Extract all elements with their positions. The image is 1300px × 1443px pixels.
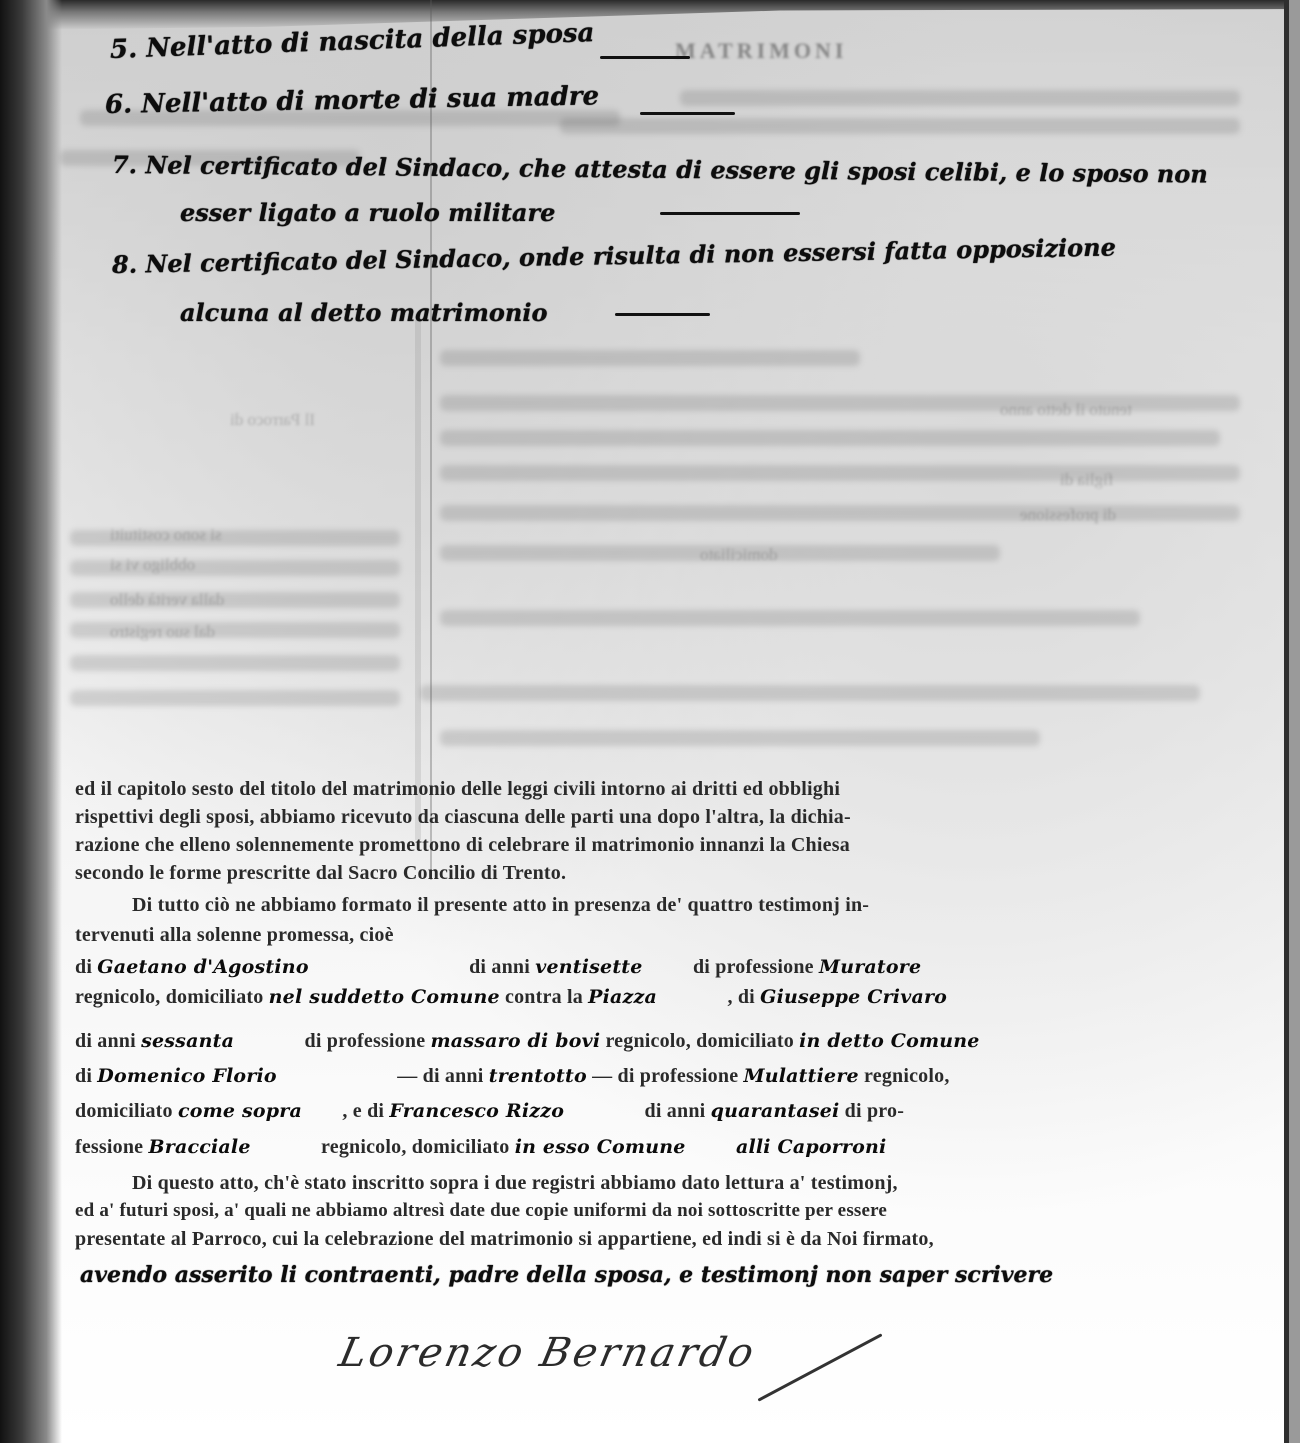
- body-line: rispettivi degli sposi, abbiamo ricevuto…: [75, 806, 851, 829]
- bleed-through-line: [440, 505, 1240, 521]
- witness-4-age: quarantasei: [711, 1100, 840, 1122]
- fold-shadow: [415, 320, 421, 840]
- witness-4-profession-line: fessione Bracciale regnicolo, domiciliat…: [75, 1136, 886, 1159]
- bleed-through-text: di professione: [1020, 505, 1116, 525]
- body-line: presentate al Parroco, cui la celebrazio…: [75, 1228, 934, 1251]
- bleed-through-line: [70, 690, 400, 706]
- document-page: MATRIMONI Il Parroco di si sono costitui…: [0, 0, 1300, 1443]
- annotation-number: 8.: [112, 250, 138, 279]
- closing-handwritten-note: avendo asserito li contraenti, padre del…: [80, 1262, 1053, 1288]
- annotation-number: 5.: [109, 34, 137, 65]
- annotation-item-7: 7. Nel certificato del Sindaco, che atte…: [112, 150, 1208, 189]
- witness-1-line: di Gaetano d'Agostino di anni ventisette…: [75, 956, 921, 979]
- body-line: Di tutto ciò ne abbiamo formato il prese…: [132, 894, 869, 917]
- body-line: ed a' futuri sposi, a' quali ne abbiamo …: [75, 1200, 887, 1222]
- witness-2-profession: massaro di bovi: [430, 1030, 600, 1052]
- annotation-dash: [660, 212, 800, 215]
- bleed-through-text: obbligo vi si: [110, 555, 195, 575]
- witness-1-name: Gaetano d'Agostino: [97, 956, 308, 978]
- bleed-through-line: [560, 118, 1240, 134]
- bleed-through-line: [440, 730, 1040, 746]
- witness-3-age: trentotto: [489, 1065, 587, 1087]
- binding-shadow: [0, 0, 62, 1443]
- witness-1-age: ventisette: [535, 956, 642, 978]
- page-top-shadow: [0, 0, 1300, 30]
- annotation-dash: [600, 56, 690, 59]
- bleed-through-line: [680, 90, 1240, 106]
- body-line: Di questo atto, ch'è stato inscritto sop…: [132, 1172, 898, 1195]
- witness-4-name: Francesco Rizzo: [389, 1100, 564, 1122]
- bleed-through-text: domiciliato: [700, 545, 777, 565]
- witness-3-residence: come sopra: [178, 1100, 302, 1122]
- bleed-through-line: [440, 430, 1220, 446]
- bleed-through-line: [440, 350, 860, 366]
- page-right-margin: [1289, 0, 1300, 1443]
- witness-2-age: sessanta: [141, 1030, 234, 1052]
- annotation-text: Nel certificato del Sindaco, onde risult…: [145, 232, 1116, 278]
- annotation-item-7-continuation: esser ligato a ruolo militare: [180, 198, 555, 227]
- annotation-number: 7.: [112, 150, 137, 179]
- annotation-dash: [640, 112, 735, 115]
- signature-flourish: [757, 1333, 882, 1401]
- annotation-dash: [615, 313, 710, 316]
- witness-3-line: di Domenico Florio — di anni trentotto —…: [75, 1065, 950, 1088]
- witness-2-residence: in detto Comune: [799, 1030, 979, 1052]
- bleed-through-text: Il Parroco di: [230, 410, 315, 430]
- annotation-item-8: 8. Nel certificato del Sindaco, onde ris…: [112, 232, 1116, 279]
- bleed-through-line: [440, 610, 1140, 626]
- witness-4-line: domiciliato come sopra , e di Francesco …: [75, 1100, 904, 1123]
- body-line: ed il capitolo sesto del titolo del matr…: [75, 778, 840, 801]
- witness-2-name: Giuseppe Crivaro: [760, 986, 947, 1008]
- witness-3-profession: Mulattiere: [743, 1065, 858, 1087]
- bleed-through-text: si sono costituiti: [110, 525, 221, 545]
- bleed-through-line: [440, 465, 1240, 481]
- bleed-through-line: [70, 655, 400, 671]
- witness-3-name: Domenico Florio: [97, 1065, 277, 1087]
- print-header-bleed: MATRIMONI: [675, 38, 847, 64]
- witness-4-residence: in esso Comune: [515, 1136, 686, 1158]
- bleed-through-text: figlia di: [1060, 470, 1113, 490]
- witness-1-residence: nel suddetto Comune: [269, 986, 500, 1008]
- bleed-through-text: dalla verità dello: [110, 590, 224, 610]
- annotation-item-8-continuation: alcuna al detto matrimonio: [180, 298, 547, 327]
- bleed-through-text: dal suo registro: [110, 622, 215, 642]
- witness-4-profession: Bracciale: [148, 1136, 250, 1158]
- bleed-through-text: tenuto il detto anno: [1000, 400, 1132, 420]
- witness-2-line: di anni sessanta di professione massaro …: [75, 1030, 980, 1053]
- annotation-text: Nel certificato del Sindaco, che attesta…: [145, 150, 1208, 188]
- body-line: razione che elleno solennemente prometto…: [75, 834, 850, 857]
- body-line: tervenuti alla solenne promessa, cioè: [75, 924, 394, 947]
- witness-1-street: Piazza: [588, 986, 657, 1008]
- signature: Lorenzo Bernardo: [335, 1330, 760, 1376]
- witness-4-street: alli Caporroni: [736, 1136, 887, 1158]
- witness-1-profession: Muratore: [819, 956, 921, 978]
- bleed-through-line: [420, 685, 1200, 701]
- body-line: secondo le forme prescritte dal Sacro Co…: [75, 862, 566, 885]
- annotation-number: 6.: [105, 90, 133, 120]
- witness-1-residence-line: regnicolo, domiciliato nel suddetto Comu…: [75, 986, 947, 1009]
- fold-line: [430, 0, 432, 880]
